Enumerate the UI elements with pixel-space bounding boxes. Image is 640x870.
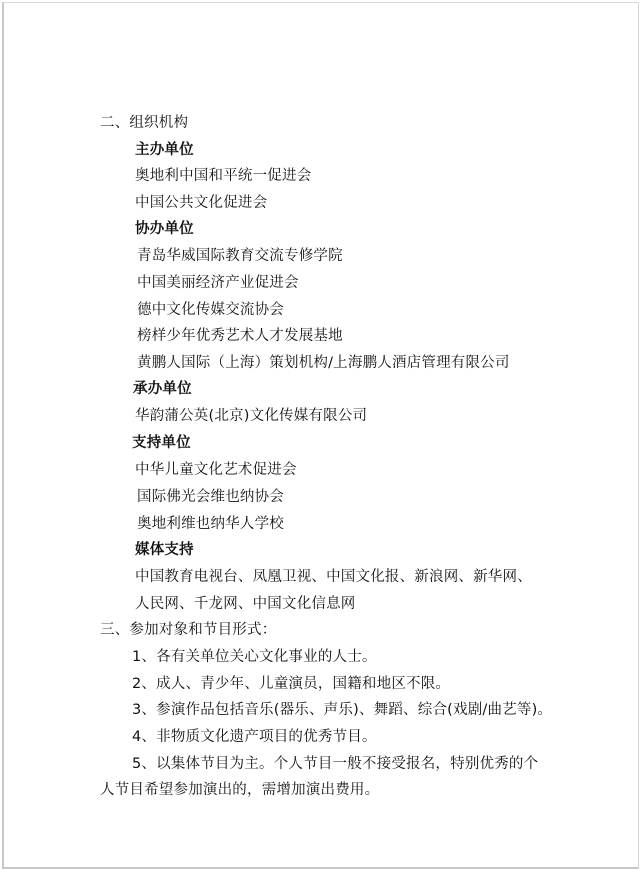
participant-item: 1、各有关单位关心文化事业的人士。 — [132, 648, 377, 666]
org-item: 榜样少年优秀艺术人才发展基地 — [137, 327, 343, 345]
group-title-undertaker: 承办单位 — [133, 380, 192, 398]
section-heading-organization: 二、组织机构 — [100, 114, 188, 132]
document-page: 二、组织机构 主办单位 奥地利中国和平统一促进会 中国公共文化促进会 协办单位 … — [2, 2, 639, 869]
media-list-line: 中国教育电视台、凤凰卫视、中国文化报、新浪网、新华网、 — [135, 568, 532, 586]
org-item: 德中文化传媒交流协会 — [137, 301, 284, 319]
org-item: 中华儿童文化艺术促进会 — [135, 461, 297, 479]
participant-item: 2、成人、青少年、儿童演员，国籍和地区不限。 — [132, 675, 450, 693]
group-title-supporter: 支持单位 — [132, 434, 191, 452]
participant-item: 3、参演作品包括音乐(器乐、声乐)、舞蹈、综合(戏剧/曲艺等)。 — [132, 701, 552, 719]
participant-item-continuation: 人节目希望参加演出的，需增加演出费用。 — [100, 781, 379, 799]
org-item: 中国美丽经济产业促进会 — [137, 274, 299, 292]
org-item: 黄鹏人国际（上海）策划机构/上海鹏人酒店管理有限公司 — [137, 354, 510, 372]
org-item: 奥地利中国和平统一促进会 — [135, 167, 311, 185]
section-heading-participants: 三、参加对象和节目形式： — [100, 621, 276, 639]
org-item: 中国公共文化促进会 — [135, 194, 267, 212]
group-title-media: 媒体支持 — [135, 541, 194, 559]
participant-item: 5、以集体节目为主。个人节目一般不接受报名，特别优秀的个 — [132, 755, 538, 773]
participant-item: 4、非物质文化遗产项目的优秀节目。 — [132, 728, 377, 746]
org-item: 华韵蒲公英(北京)文化传媒有限公司 — [135, 407, 367, 425]
group-title-host: 主办单位 — [135, 141, 194, 159]
group-title-co-organizer: 协办单位 — [135, 220, 194, 238]
org-item: 青岛华威国际教育交流专修学院 — [137, 247, 343, 265]
org-item: 奥地利维也纳华人学校 — [137, 515, 284, 533]
org-item: 国际佛光会维也纳协会 — [137, 488, 284, 506]
media-list-line: 人民网、千龙网、中国文化信息网 — [135, 595, 356, 613]
